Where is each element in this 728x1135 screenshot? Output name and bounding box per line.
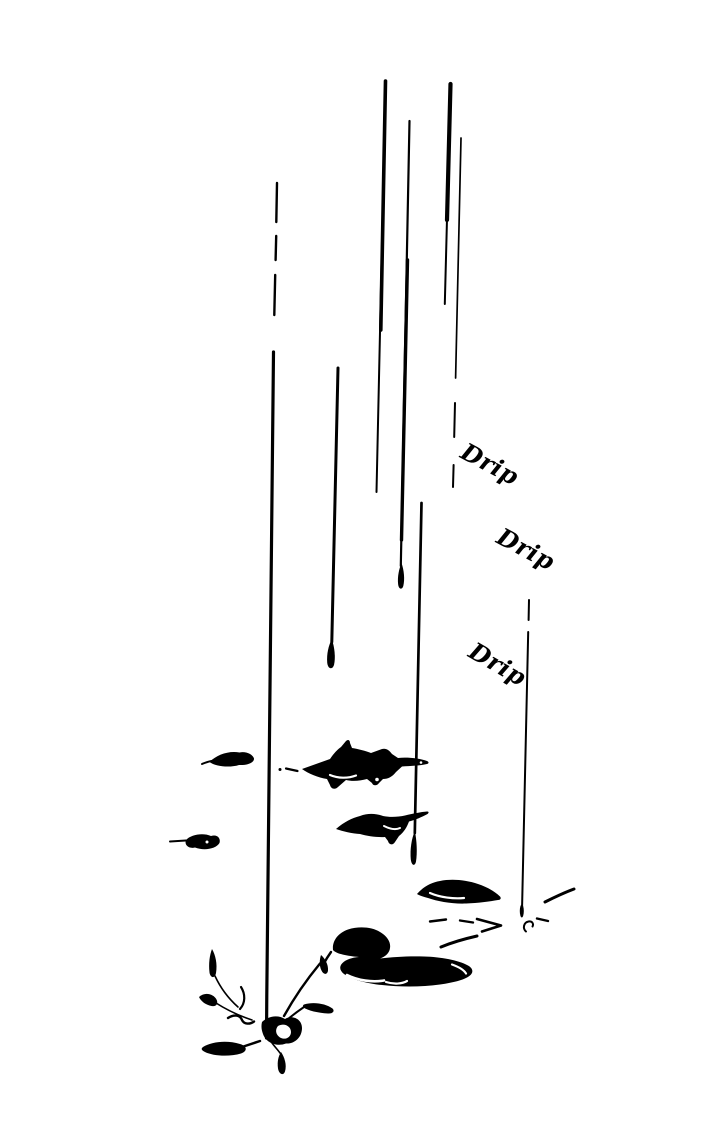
droplet-stream-right	[411, 831, 417, 865]
splash-droplet	[209, 949, 216, 977]
droplet-stream-center	[327, 639, 335, 668]
splash-trail	[215, 976, 238, 1007]
sfx-drip-2: Drip	[491, 521, 560, 576]
dash-segment	[454, 403, 455, 437]
stream-center	[332, 368, 338, 642]
floor-dash	[537, 919, 548, 922]
stream-to-splash	[267, 352, 274, 1038]
stream-tall-2-thick	[402, 260, 408, 540]
floor-dash	[460, 921, 473, 923]
puddle-star-splatter	[302, 740, 429, 789]
dash-segment	[276, 236, 277, 260]
stream-right	[415, 503, 422, 833]
splash-trail	[242, 1041, 260, 1047]
floor-streak	[545, 889, 574, 902]
puddle-highlight-dot	[420, 761, 423, 764]
floor-dash	[430, 920, 446, 922]
puddle-fish	[186, 834, 220, 849]
floor-chevron-mark	[477, 919, 501, 932]
puddle-small-1	[210, 752, 255, 767]
stream-bold-short-thick	[447, 84, 451, 220]
dash-segment	[274, 275, 275, 315]
manga-panel: Drip Drip Drip	[0, 0, 728, 1135]
stream-thin-short	[456, 138, 461, 378]
sfx-labels: Drip Drip Drip	[455, 436, 560, 692]
splash-droplet	[202, 1042, 246, 1056]
tiny-dash	[286, 769, 298, 772]
puddles	[170, 740, 574, 986]
sfx-drip-3: Drip	[463, 636, 532, 692]
puddle-highlight-dot	[375, 778, 379, 782]
drip-illustration: Drip Drip Drip	[0, 0, 728, 1135]
puddle-highlight-dot	[206, 841, 209, 844]
splash-droplet	[303, 1003, 334, 1013]
floor-streak	[441, 936, 477, 947]
puddle-elongated	[417, 880, 501, 904]
droplet-far-right	[520, 905, 524, 918]
dashed-drop-line-left	[274, 183, 277, 315]
tiny-drop	[279, 768, 282, 771]
dash-segment	[453, 465, 454, 487]
puddle-fish-tail	[170, 841, 186, 842]
splash-trail	[216, 1003, 252, 1020]
dash-segment	[276, 183, 277, 222]
splash-droplet	[199, 994, 217, 1006]
droplet-stream-2	[398, 563, 404, 589]
sfx-drip-1: Drip	[455, 436, 524, 491]
splash-droplet	[278, 1052, 286, 1074]
splash-hook-mark	[524, 921, 533, 931]
stream-tall-1-thick	[381, 81, 386, 330]
splash-center-blob	[261, 1016, 302, 1044]
splash-flick	[240, 987, 244, 1009]
